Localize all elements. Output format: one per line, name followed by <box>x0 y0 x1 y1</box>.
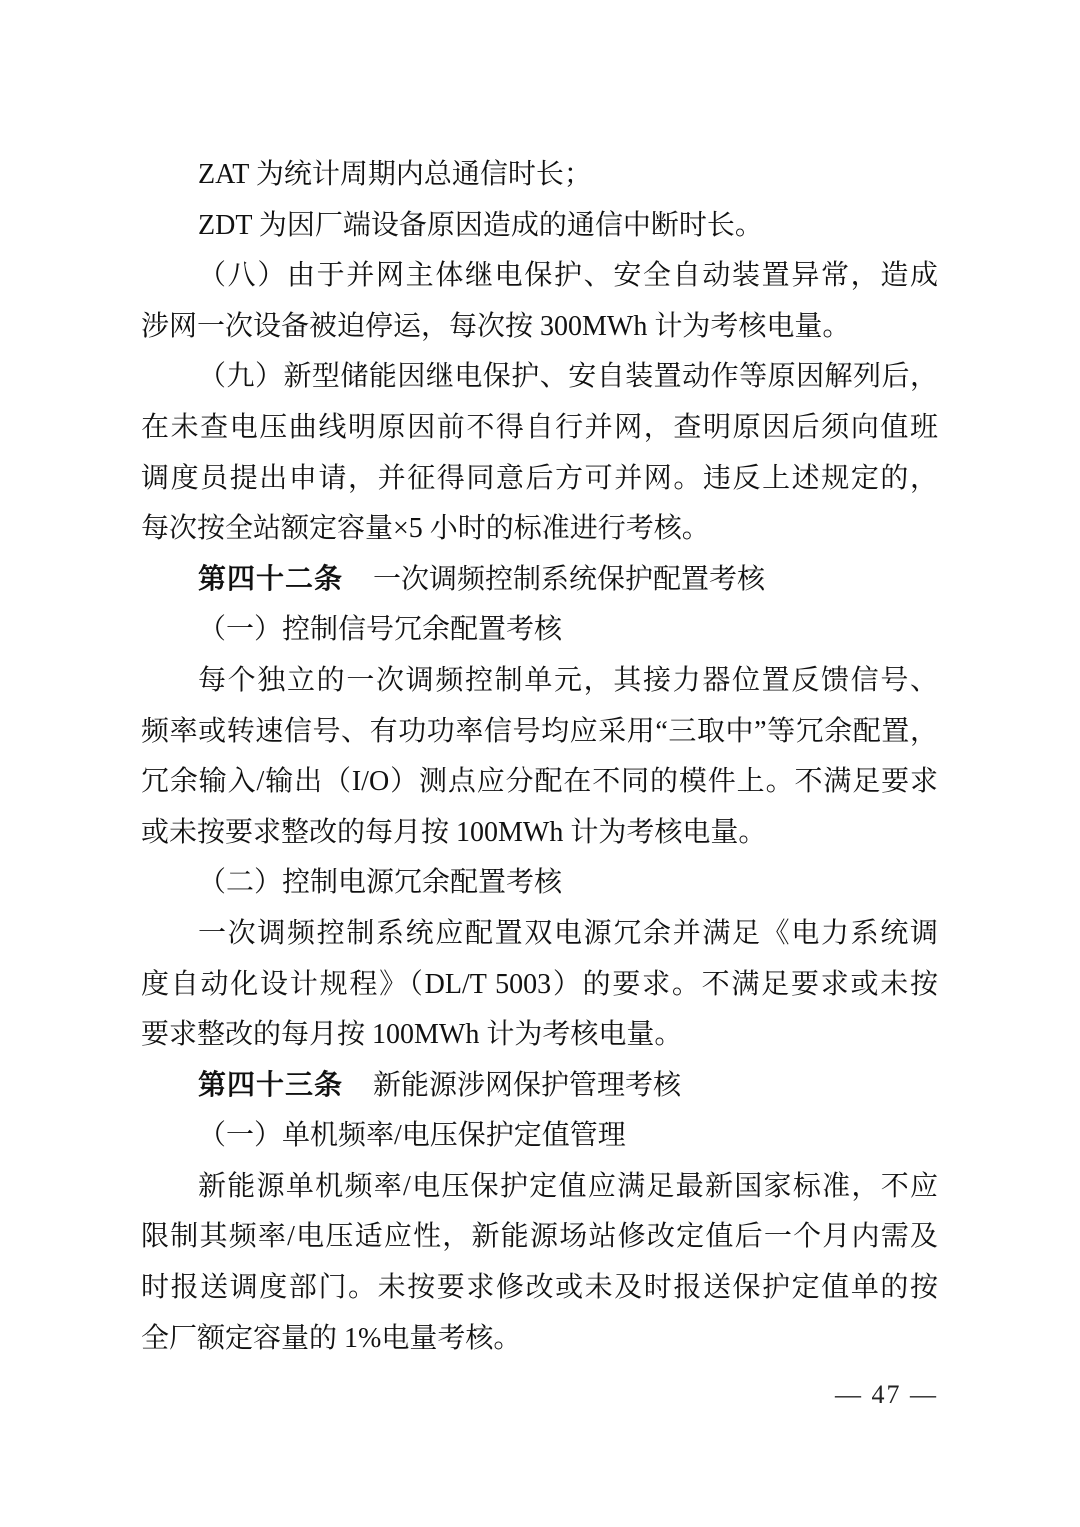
text-line: 要求整改的每月按 100MWh 计为考核电量。 <box>141 1010 938 1061</box>
text-line: 冗余输入/输出（I/O）测点应分配在不同的模件上。不满足要求 <box>141 757 938 808</box>
document-body: ZAT 为统计周期内总通信时长；ZDT 为因厂端设备原因造成的通信中断时长。（八… <box>141 150 938 1364</box>
text-line: 一次调频控制系统应配置双电源冗余并满足《电力系统调 <box>141 909 938 960</box>
text-line: ZDT 为因厂端设备原因造成的通信中断时长。 <box>141 201 938 252</box>
article-title: 一次调频控制系统保护配置考核 <box>373 564 765 595</box>
article-heading: 第四十二条一次调频控制系统保护配置考核 <box>141 555 938 606</box>
text-line: （一）单机频率/电压保护定值管理 <box>141 1111 938 1162</box>
text-line: 全厂额定容量的 1%电量考核。 <box>141 1314 938 1365</box>
article-number: 第四十三条 <box>198 1070 343 1101</box>
text-line: 度自动化设计规程》（DL/T 5003）的要求。不满足要求或未按 <box>141 960 938 1011</box>
text-line: （八）由于并网主体继电保护、安全自动装置异常，造成 <box>141 251 938 302</box>
text-line: （二）控制电源冗余配置考核 <box>141 858 938 909</box>
article-number: 第四十二条 <box>198 564 343 595</box>
text-line: （九）新型储能因继电保护、安自装置动作等原因解列后， <box>141 352 938 403</box>
text-line: 每个独立的一次调频控制单元，其接力器位置反馈信号、 <box>141 656 938 707</box>
text-line: 涉网一次设备被迫停运，每次按 300MWh 计为考核电量。 <box>141 302 938 353</box>
text-line: 每次按全站额定容量×5 小时的标准进行考核。 <box>141 504 938 555</box>
article-heading: 第四十三条新能源涉网保护管理考核 <box>141 1061 938 1112</box>
text-line: 频率或转速信号、有功功率信号均应采用“三取中”等冗余配置， <box>141 707 938 758</box>
article-title: 新能源涉网保护管理考核 <box>373 1070 681 1101</box>
page-number: — 47 — <box>835 1380 938 1410</box>
text-line: （一）控制信号冗余配置考核 <box>141 605 938 656</box>
text-line: 新能源单机频率/电压保护定值应满足最新国家标准，不应 <box>141 1162 938 1213</box>
text-line: 在未查电压曲线明原因前不得自行并网，查明原因后须向值班 <box>141 403 938 454</box>
document-page: ZAT 为统计周期内总通信时长；ZDT 为因厂端设备原因造成的通信中断时长。（八… <box>0 0 1080 1527</box>
text-line: 调度员提出申请，并征得同意后方可并网。违反上述规定的， <box>141 454 938 505</box>
text-line: 或未按要求整改的每月按 100MWh 计为考核电量。 <box>141 808 938 859</box>
text-line: 限制其频率/电压适应性，新能源场站修改定值后一个月内需及 <box>141 1212 938 1263</box>
text-line: ZAT 为统计周期内总通信时长； <box>141 150 938 201</box>
text-line: 时报送调度部门。未按要求修改或未及时报送保护定值单的按 <box>141 1263 938 1314</box>
